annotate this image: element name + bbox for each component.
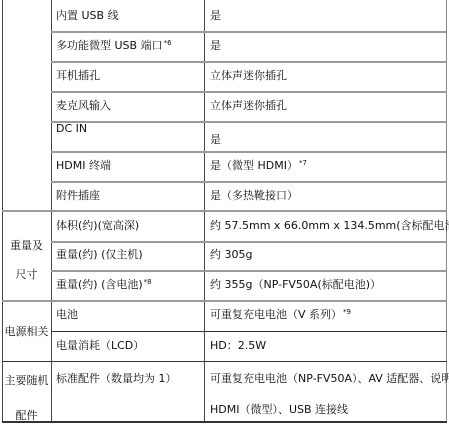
- spec-label-text: 电池: [56, 308, 78, 321]
- spec-value-text: 可重复充电电池（NP-FV50A）、AV 适配器、说明书、: [210, 372, 449, 385]
- spec-label-text: 耳机插孔: [56, 69, 100, 82]
- footnote-marker: *6: [164, 39, 172, 47]
- spec-value: 是: [210, 9, 221, 23]
- group-label-line: 尺寸: [2, 266, 51, 282]
- group-divider: [2, 361, 447, 362]
- spec-label-text: HDMI 终端: [56, 159, 111, 172]
- spec-label: 体积(约)(宽高深): [56, 219, 139, 233]
- group-label-line: 电源相关: [2, 323, 51, 339]
- row-divider: [51, 121, 447, 123]
- spec-value-text: 是（微型 HDMI）: [210, 159, 298, 172]
- table-bottom-border: [2, 421, 447, 423]
- group-label-line: 重量及: [2, 237, 51, 253]
- spec-label: 标准配件（数量均为 1）: [56, 372, 177, 386]
- spec-value-text: 立体声迷你插孔: [210, 69, 287, 82]
- spec-label: 附件插座: [56, 189, 100, 203]
- spec-value-text: 是（多热靴接口）: [210, 189, 298, 202]
- group-label-power: 电源相关: [2, 323, 51, 339]
- row-divider: [51, 61, 447, 63]
- spec-label-text: 麦克风输入: [56, 99, 111, 112]
- spec-value: 是（多热靴接口）: [210, 189, 298, 203]
- spec-value: 立体声迷你插孔: [210, 69, 287, 83]
- spec-value-text: 是: [210, 9, 221, 22]
- spec-value-text: 约 305g: [210, 248, 252, 261]
- spec-label-text: 标准配件（数量均为 1）: [56, 372, 177, 385]
- spec-value-text: HDMI（微型）、USB 连接线: [210, 403, 348, 416]
- footnote-marker: *7: [299, 159, 307, 167]
- group-label-line: 配件: [2, 407, 51, 423]
- spec-value: HD：2.5W: [210, 339, 266, 353]
- footnote-marker: *8: [144, 278, 152, 286]
- row-divider: [51, 241, 447, 243]
- spec-label: 重量(约) (仅主机): [56, 248, 143, 262]
- spec-value-text: 可重复充电电池（V 系列）: [210, 308, 342, 321]
- spec-label-text: 电量消耗（LCD）: [56, 339, 144, 352]
- spec-label: DC IN: [56, 122, 87, 136]
- spec-value-line2: HDMI（微型）、USB 连接线: [210, 403, 348, 417]
- spec-value: 可重复充电电池（V 系列）*9: [210, 308, 351, 322]
- spec-value: 约 305g: [210, 248, 252, 262]
- spec-label-text: 体积(约)(宽高深): [56, 219, 139, 232]
- spec-label-text: 多功能微型 USB 端口: [56, 39, 163, 52]
- row-divider: [51, 270, 447, 272]
- spec-value: 是（微型 HDMI）*7: [210, 159, 307, 173]
- spec-label: 多功能微型 USB 端口*6: [56, 39, 172, 53]
- spec-label: HDMI 终端: [56, 159, 111, 173]
- spec-label-text: 内置 USB 线: [56, 9, 119, 22]
- spec-value: 约 57.5mm x 66.0mm x 134.5mm(含标配电池): [210, 219, 449, 233]
- spec-value-text: 是: [210, 39, 221, 52]
- spec-label-text: 重量(约) (含电池): [56, 278, 143, 291]
- row-divider: [51, 31, 447, 33]
- spec-value: 立体声迷你插孔: [210, 99, 287, 113]
- spec-label: 电量消耗（LCD）: [56, 339, 144, 353]
- row-divider: [51, 151, 447, 153]
- spec-label: 麦克风输入: [56, 99, 111, 113]
- spec-label-text: DC IN: [56, 122, 87, 135]
- group-divider: [2, 210, 447, 212]
- spec-value-text: HD：2.5W: [210, 339, 266, 352]
- spec-value-text: 约 57.5mm x 66.0mm x 134.5mm(含标配电池): [210, 219, 449, 232]
- spec-label-text: 重量(约) (仅主机): [56, 248, 143, 261]
- spec-value-text: 约 355g（NP-FV50A(标配电池)）: [210, 278, 381, 291]
- row-divider: [51, 181, 447, 183]
- group-label-line: 主要随机: [2, 372, 51, 388]
- group-label-accessories: 主要随机 配件: [2, 372, 51, 423]
- group-label-weight-size: 重量及 尺寸: [2, 237, 51, 282]
- spec-value-text: 是: [210, 133, 221, 146]
- spec-label: 内置 USB 线: [56, 9, 119, 23]
- spec-label-text: 附件插座: [56, 189, 100, 202]
- spec-label: 耳机插孔: [56, 69, 100, 83]
- spec-label: 重量(约) (含电池)*8: [56, 278, 152, 292]
- spec-value-text: 立体声迷你插孔: [210, 99, 287, 112]
- footnote-marker: *9: [343, 308, 351, 316]
- spec-value: 约 355g（NP-FV50A(标配电池)）: [210, 278, 381, 292]
- row-divider: [51, 91, 447, 93]
- spec-value: 是: [210, 39, 221, 53]
- group-divider: [2, 300, 447, 302]
- spec-value: 是: [210, 133, 221, 147]
- row-divider: [51, 331, 447, 332]
- spec-label: 电池: [56, 308, 78, 322]
- spec-value: 可重复充电电池（NP-FV50A）、AV 适配器、说明书、: [210, 372, 449, 386]
